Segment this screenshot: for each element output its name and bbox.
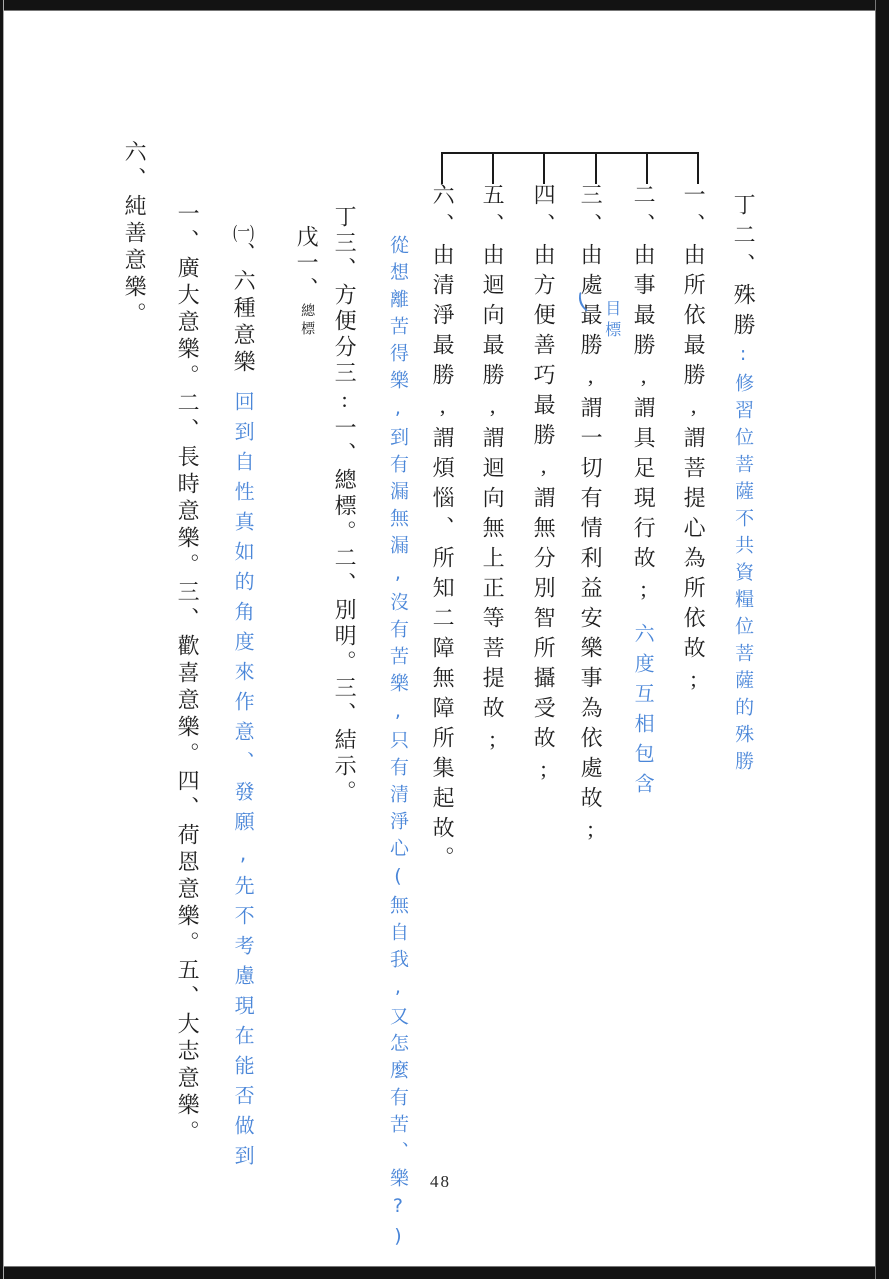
- yile-item-6-text: 六、純善意樂。: [122, 140, 147, 329]
- yile-item-6-column: 六、純善意樂。: [123, 140, 146, 329]
- outline-item-5: 五、由迴向最勝,謂迴向無上正等菩提故;: [481, 183, 504, 759]
- page-border-left: [0, 0, 4, 1279]
- outline-item-4-text: 四、由方便善巧最勝,謂無分別智所攝受故;: [531, 183, 556, 789]
- heading-ding2-label: 丁二、殊勝: [731, 193, 756, 343]
- outline-item-4: 四、由方便善巧最勝,謂無分別智所攝受故;: [532, 183, 555, 789]
- heading-liuzhong-label: 、六種意樂: [231, 242, 256, 377]
- heading-liuzhong-column: (一)、六種意樂回到自性真如的角度來作意、發願,先不考慮現在能否做到: [232, 223, 255, 1175]
- heading-ding2-column: 丁二、殊勝:修習位菩薩不共資糧位菩薩的殊勝: [732, 193, 755, 778]
- bracket-tick: [697, 154, 699, 184]
- bracket-tick: [543, 154, 545, 184]
- outline-item-2-text: 二、由事最勝,謂具足現行故;: [631, 183, 656, 609]
- handwritten-note-mubiao: 目標: [603, 300, 620, 342]
- page-border-right: [875, 0, 889, 1279]
- heading-ding3-column: 丁三、方便分三:一、總標。二、別明。三、結示。: [333, 205, 356, 806]
- handwritten-note-ding2: :修習位菩薩不共資糧位菩薩的殊勝: [732, 343, 754, 778]
- page-border-bottom: [0, 1266, 889, 1279]
- heading-wu1-sublabel: 總標: [299, 303, 314, 339]
- scanned-document-page: 丁二、殊勝:修習位菩薩不共資糧位菩薩的殊勝 一、由所依最勝,謂菩提心為所依故; …: [0, 0, 889, 1279]
- yile-list-text: 一、廣大意樂。二、長時意樂。三、歡喜意樂。四、荷恩意樂。五、大志意樂。: [175, 202, 200, 1147]
- heading-ding3-label: 丁三、方便分三:一、總標。二、別明。三、結示。: [332, 205, 357, 806]
- outline-item-1: 一、由所依最勝,謂菩提心為所依故;: [682, 183, 705, 699]
- page-border-top: [0, 0, 889, 11]
- outline-item-6-text: 六、由清淨最勝,謂煩惱、所知二障無障所集起故。: [430, 183, 455, 876]
- outline-item-3: 三、由處最勝,謂一切有情利益安樂事為依處故;: [579, 183, 602, 849]
- bracket-tick: [441, 154, 443, 184]
- outline-item-3-text: 三、由處最勝,謂一切有情利益安樂事為依處故;: [578, 183, 603, 849]
- handwritten-note-liuzhong: 回到自性真如的角度來作意、發願,先不考慮現在能否做到: [231, 391, 255, 1175]
- handwritten-note-item-2: 六度互相包含: [631, 623, 655, 803]
- bracket-tick: [595, 154, 597, 184]
- bracket-tick: [646, 154, 648, 184]
- heading-wu1-column: 戊一、總標: [295, 225, 318, 339]
- yile-list-column: 一、廣大意樂。二、長時意樂。三、歡喜意樂。四、荷恩意樂。五、大志意樂。: [176, 202, 199, 1147]
- heading-wu1-label: 戊一、: [294, 225, 319, 303]
- bracket-tick: [492, 154, 494, 184]
- handwritten-margin-note: 從想離苦得樂,到有漏無漏,沒有苦樂,只有清淨心(無自我,又怎麼有苦、樂?): [387, 235, 407, 1255]
- outline-item-5-text: 五、由迴向最勝,謂迴向無上正等菩提故;: [480, 183, 505, 759]
- page-number: 48: [430, 1172, 451, 1192]
- outline-item-2: 二、由事最勝,謂具足現行故;六度互相包含: [632, 183, 655, 803]
- outline-item-6: 六、由清淨最勝,謂煩惱、所知二障無障所集起故。: [431, 183, 454, 876]
- outline-tree-bracket: [441, 152, 699, 186]
- heading-liuzhong-prefix: (一): [233, 223, 254, 242]
- outline-item-1-text: 一、由所依最勝,謂菩提心為所依故;: [681, 183, 706, 699]
